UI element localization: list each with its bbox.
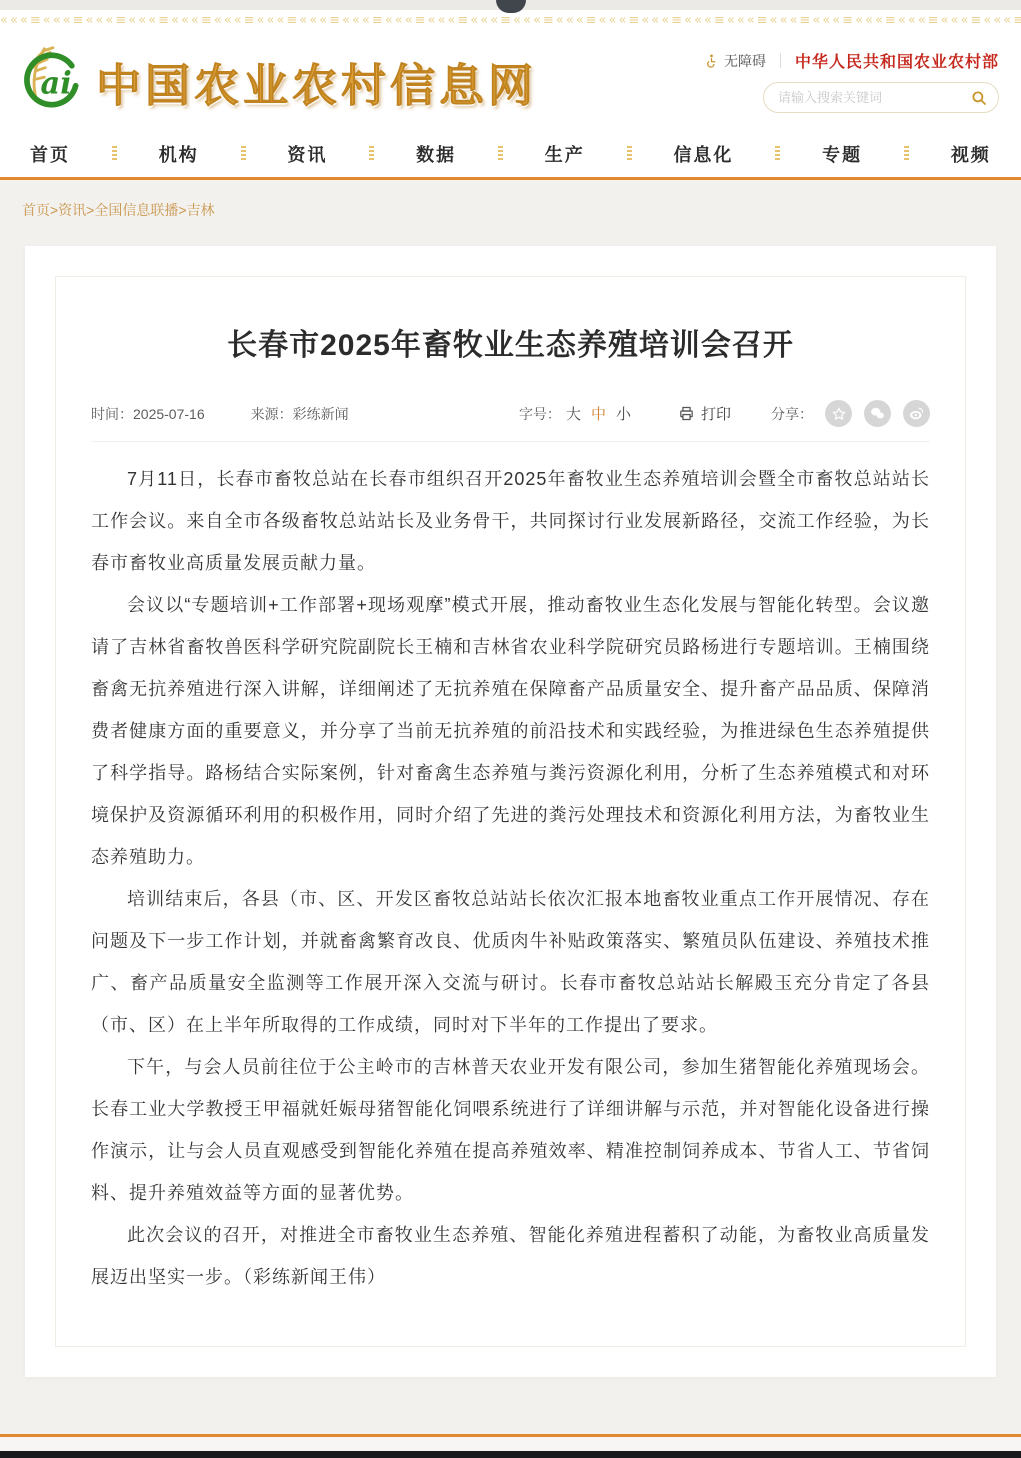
article-body: 7月11日，长春市畜牧总站在长春市组织召开2025年畜牧业生态养殖培训会暨全市畜… bbox=[91, 458, 930, 1298]
meta-right: 字号： 大 中 小 打印 分享： bbox=[519, 400, 930, 427]
article-paragraph-4: 下午，与会人员前往位于公主岭市的吉林普天农业开发有限公司，参加生猪智能化养殖现场… bbox=[91, 1046, 930, 1214]
header-divider bbox=[780, 53, 781, 68]
footer-bottom-bar bbox=[0, 1451, 1021, 1458]
article-paragraph-1: 7月11日，长春市畜牧总站在长春市组织召开2025年畜牧业生态养殖培训会暨全市畜… bbox=[91, 458, 930, 584]
accessibility-icon bbox=[704, 53, 719, 68]
time-label: 时间： bbox=[91, 404, 133, 424]
breadcrumb[interactable]: 首页>资讯>全国信息联播>吉林 bbox=[0, 180, 1021, 220]
status-strip bbox=[0, 0, 1021, 10]
nav-divider-icon bbox=[498, 146, 503, 161]
nav-divider-icon bbox=[904, 146, 909, 161]
meta-left: 时间： 2025-07-16 来源： 彩练新闻 bbox=[91, 404, 349, 424]
nav-item-production[interactable]: 生产 bbox=[545, 141, 585, 167]
print-label: 打印 bbox=[701, 403, 731, 424]
search-box bbox=[763, 82, 999, 113]
nav-item-topics[interactable]: 专题 bbox=[822, 141, 862, 167]
nav-item-data[interactable]: 数据 bbox=[416, 141, 456, 167]
nav-item-org[interactable]: 机构 bbox=[159, 141, 199, 167]
article-card: 长春市2025年畜牧业生态养殖培训会召开 时间： 2025-07-16 来源： … bbox=[25, 246, 996, 1377]
svg-text:ai: ai bbox=[41, 65, 72, 101]
site-logo[interactable]: ai 中国农业农村信息网 bbox=[12, 43, 537, 119]
nav-divider-icon bbox=[369, 146, 374, 161]
fontsize-large-button[interactable]: 大 bbox=[566, 403, 581, 424]
wechat-icon bbox=[869, 405, 886, 422]
share-label: 分享： bbox=[771, 404, 813, 424]
nav-divider-icon bbox=[112, 146, 117, 161]
nav-divider-icon bbox=[775, 146, 780, 161]
article-inner-box: 长春市2025年畜牧业生态养殖培训会召开 时间： 2025-07-16 来源： … bbox=[55, 276, 966, 1347]
wheat-pattern: «««≡«««≡«««≡«««≡«««≡«««≡«««≡«««≡«««≡«««≡… bbox=[0, 13, 1021, 28]
nav-item-informatization[interactable]: 信息化 bbox=[673, 141, 733, 167]
article-paragraph-2: 会议以“专题培训+工作部署+现场观摩”模式开展，推动畜牧业生态化发展与智能化转型… bbox=[91, 584, 930, 878]
main-nav: 首页 机构 资讯 数据 生产 信息化 专题 视频 bbox=[0, 130, 1021, 180]
nav-item-news[interactable]: 资讯 bbox=[287, 141, 327, 167]
nav-item-video[interactable]: 视频 bbox=[951, 141, 991, 167]
accessibility-link[interactable]: 无障碍 bbox=[704, 51, 766, 71]
article-paragraph-5: 此次会议的召开，对推进全市畜牧业生态养殖、智能化养殖进程蓄积了动能，为畜牧业高质… bbox=[91, 1214, 930, 1298]
search-button[interactable] bbox=[970, 89, 988, 107]
site-logo-icon: ai bbox=[12, 43, 88, 119]
article-paragraph-3: 培训结束后，各县（市、区、开发区畜牧总站站长依次汇报本地畜牧业重点工作开展情况、… bbox=[91, 878, 930, 1046]
source-value: 彩练新闻 bbox=[293, 404, 349, 424]
share-wechat-button[interactable] bbox=[864, 400, 891, 427]
article-meta-row: 时间： 2025-07-16 来源： 彩练新闻 字号： 大 中 小 bbox=[91, 400, 930, 442]
site-header: ai 中国农业农村信息网 无障碍 中华人民共和国农业农村部 bbox=[0, 32, 1021, 130]
share-weibo-button[interactable] bbox=[903, 400, 930, 427]
source-label: 来源： bbox=[251, 404, 293, 424]
search-icon bbox=[970, 89, 988, 107]
header-right: 无障碍 中华人民共和国农业农村部 bbox=[704, 49, 1007, 113]
content-background: 首页>资讯>全国信息联播>吉林 长春市2025年畜牧业生态养殖培训会召开 时间：… bbox=[0, 180, 1021, 1434]
accessibility-label: 无障碍 bbox=[724, 51, 766, 71]
footer-strip bbox=[0, 1437, 1021, 1451]
fontsize-medium-button[interactable]: 中 bbox=[591, 403, 606, 424]
fontsize-small-button[interactable]: 小 bbox=[616, 403, 631, 424]
search-input[interactable] bbox=[778, 90, 970, 105]
print-button[interactable]: 打印 bbox=[678, 403, 731, 424]
share-qzone-button[interactable] bbox=[825, 400, 852, 427]
decorative-wheat-band: «««≡«««≡«««≡«««≡«««≡«««≡«««≡«««≡«««≡«««≡… bbox=[0, 10, 1021, 32]
page-footer bbox=[0, 1434, 1021, 1458]
ministry-link[interactable]: 中华人民共和国农业农村部 bbox=[795, 49, 999, 72]
star-icon bbox=[831, 406, 847, 422]
printer-icon bbox=[678, 405, 695, 422]
article-title: 长春市2025年畜牧业生态养殖培训会召开 bbox=[91, 320, 930, 364]
nav-item-home[interactable]: 首页 bbox=[30, 141, 70, 167]
site-title: 中国农业农村信息网 bbox=[96, 49, 537, 114]
weibo-icon bbox=[908, 405, 925, 422]
time-value: 2025-07-16 bbox=[133, 406, 205, 422]
fontsize-label: 字号： bbox=[519, 404, 561, 424]
nav-divider-icon bbox=[241, 146, 246, 161]
nav-divider-icon bbox=[627, 146, 632, 161]
gov-row: 无障碍 中华人民共和国农业农村部 bbox=[704, 49, 999, 72]
